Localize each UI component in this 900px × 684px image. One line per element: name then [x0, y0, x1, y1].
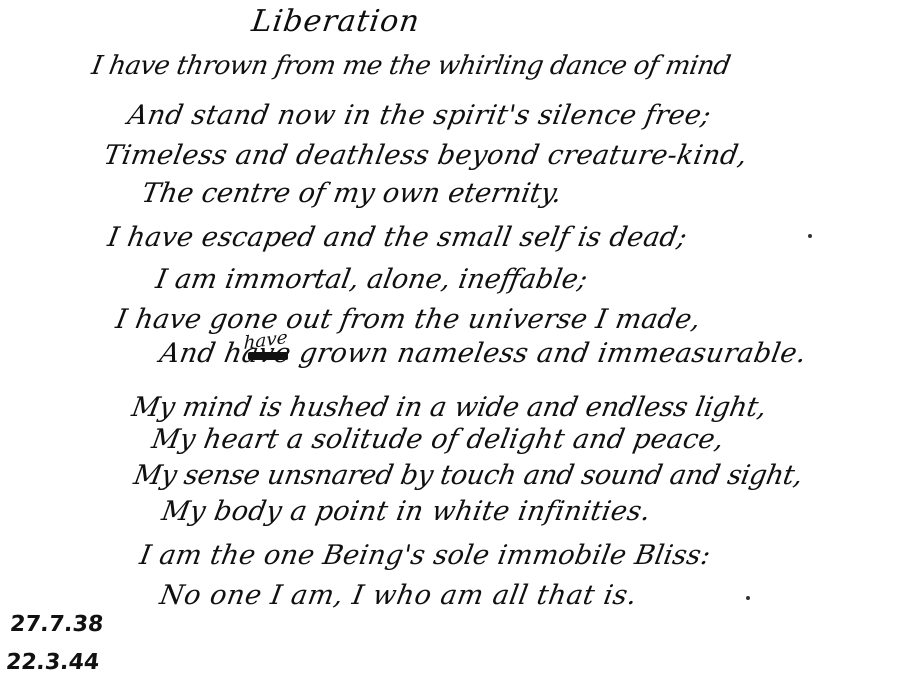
- poem-line: And stand now in the spirit's silence fr…: [125, 100, 713, 132]
- poem-line: I have thrown from me the whirling dance…: [89, 50, 732, 82]
- poem-line: The centre of my own eternity.: [139, 178, 564, 210]
- poem-line: I have escaped and the small self is dea…: [105, 222, 689, 254]
- poem-line: My body a point in white infinities.: [159, 496, 653, 528]
- poem-line: My sense unsnared by touch and sound and…: [131, 460, 805, 492]
- poem-line: I have gone out from the universe I made…: [113, 304, 703, 336]
- poem-line: I am immortal, alone, ineffable;: [153, 264, 590, 296]
- date-revised: 22.3.44: [5, 650, 101, 675]
- date-written: 27.7.38: [9, 612, 105, 637]
- ink-speck: [746, 596, 750, 600]
- poem-line: No one I am, I who am all that is.: [157, 580, 639, 612]
- poem-line: Timeless and deathless beyond creature-k…: [101, 140, 749, 172]
- poem-title: Liberation: [250, 4, 423, 39]
- poem-line: My mind is hushed in a wide and endless …: [129, 392, 769, 424]
- poem-line: My heart a solitude of delight and peace…: [149, 424, 726, 456]
- strikethrough-mark: [248, 352, 288, 360]
- ink-speck: [808, 234, 812, 238]
- manuscript-page: Liberation I have thrown from me the whi…: [0, 0, 900, 684]
- poem-line: I am the one Being's sole immobile Bliss…: [137, 540, 713, 572]
